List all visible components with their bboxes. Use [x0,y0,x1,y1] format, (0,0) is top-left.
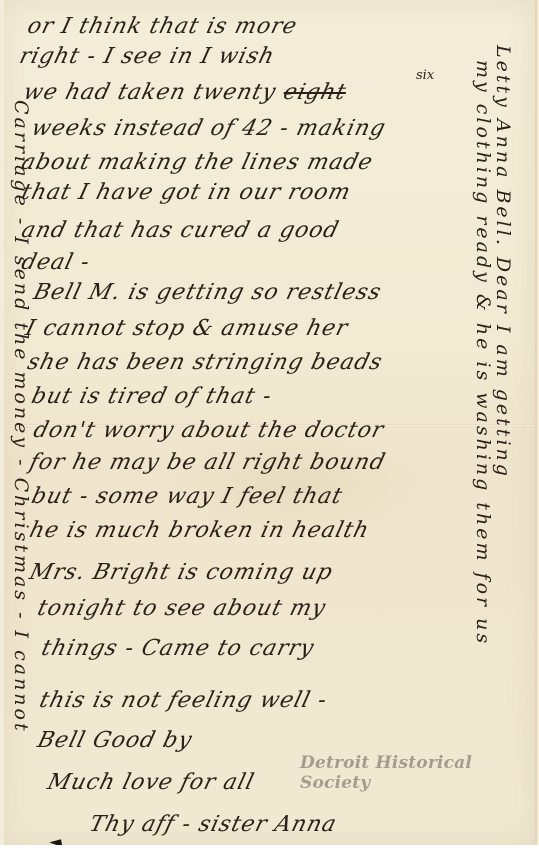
letter-line-14: for he may be all right bound [27,450,388,475]
letter-line-6: that I have got in our room [19,180,354,205]
letter-line-16: he is much broken in health [27,518,372,543]
letter-line-2: right - I see in I wish [17,44,278,69]
struck-word: eight [281,80,349,105]
left-margin-text: Carriage - I send the money - Christmas … [10,100,32,734]
letter-line-5: about making the lines made [19,150,376,175]
letter-line-15: but - some way I feel that [29,484,345,509]
letter-line-9: Bell M. is getting so restless [31,280,384,305]
letter-line-1: or I think that is more [25,14,300,39]
letter-line-12: but is tired of that - [29,384,275,409]
right-margin-note-outer: Letty Anna Bell. Dear I am getting [492,45,514,479]
letter-line-7: and that has cured a good [19,218,342,243]
letter-line-4: weeks instead of 42 - making [29,116,389,141]
letter-page: or I think that is more right - I see in… [4,0,537,845]
watermark-detroit-historical-society: Detroit Historical Society [300,753,535,793]
letter-line-3-text: we had taken twenty eight [21,80,349,105]
letter-line-20: this is not feeling well - [37,688,330,713]
letter-line-19: things - Came to carry [39,636,317,661]
letter-line-21: Bell Good by [35,728,195,753]
inserted-word: six [416,68,434,83]
letter-line-23-signature: Thy aff - sister Anna [87,812,340,837]
letter-line-10: I cannot stop & amuse her [23,316,351,341]
letter-line-22: Much love for all [45,770,257,795]
letter-line-17: Mrs. Bright is coming up [27,560,336,585]
letter-line-3: we had taken twenty eight [21,80,349,105]
letter-line-11: she has been stringing beads [25,350,385,375]
letter-line-18: tonight to see about my [35,596,329,621]
letter-line-13: don't worry about the doctor [31,418,387,443]
scan-bottom-edge [0,845,539,850]
right-margin-note-inner: my clothing ready & he is washing them f… [472,60,494,646]
left-margin-note: Carriage - I send the money - Christmas … [10,100,34,820]
